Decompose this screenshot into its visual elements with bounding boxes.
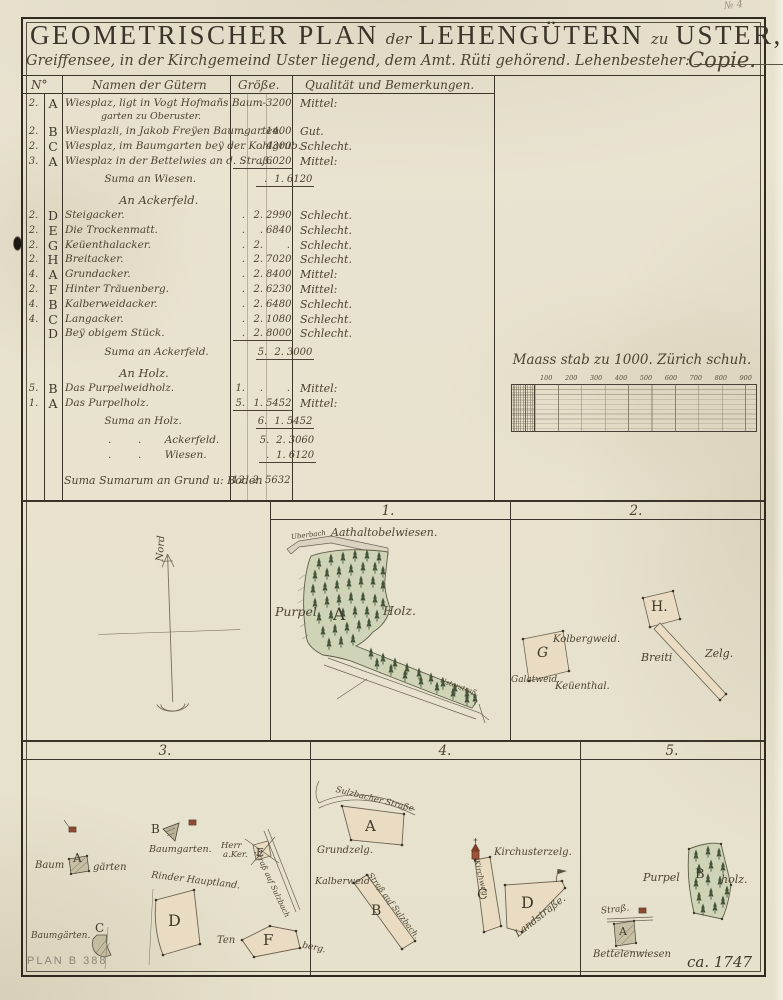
table-row: . . Wiesen. . 1. 6120 <box>23 449 493 464</box>
cell-name: Suma an Wiesen. <box>58 173 256 186</box>
plan-title: GEOMETRISCHER PLAN der LEHENGÜTERN zu US… <box>30 20 730 51</box>
panel3-parcel-letter-B: B <box>151 822 160 836</box>
cell-name-line1: . . Ackerfeld. <box>108 434 219 446</box>
cell-quality: Schlecht. <box>293 313 490 326</box>
cell-size-juchart: . <box>233 298 248 311</box>
subline-text: Greiffensee, in der Kirchgemeind Uster l… <box>26 53 690 69</box>
cell-size-schuh: 6120 <box>289 449 316 463</box>
cell-name: Wiesplaz, im Baumgarten beÿ der Kohlgrub… <box>62 140 233 153</box>
cell-quality: Schlecht. <box>293 298 490 311</box>
scale-bar-drawing: 100200300400500600700800900 <box>505 374 759 444</box>
panel4-parcel-letter-B: B <box>371 903 381 919</box>
panel3-aker-label: a.Ker. <box>223 850 248 860</box>
cell-size-vierling: . <box>248 224 266 237</box>
cell-name-line1: . . Wiesen. <box>108 449 207 461</box>
panel3-map: Baum A gärten B Baumgarten. Herr a.Ker. … <box>23 759 310 975</box>
cell-letter: D <box>44 327 62 340</box>
title-word-2: LEHENGÜTERN <box>418 20 643 51</box>
cell-quality: Mittel: <box>293 397 490 410</box>
cell-quality: Mittel: <box>293 155 490 168</box>
cell-name-line1: Steigacker. <box>65 209 125 221</box>
table-row: 2. G Keüenthalacker. . 2. . Schlecht. <box>23 239 493 254</box>
cell-number: 2. <box>23 97 44 110</box>
cell-size-vierling: 1. <box>248 397 266 411</box>
scale-tick-label: 200 <box>565 374 577 382</box>
cell-size-juchart: . <box>233 327 248 341</box>
cell-size-vierling: 2. <box>247 474 265 487</box>
cell-size-juchart: . <box>233 224 248 237</box>
panel1-map: Uberbach Aathaltobelwiesen. Purpel A Hol… <box>271 519 510 740</box>
cell-letter: A <box>44 155 62 168</box>
scale-bar-rule <box>511 384 757 432</box>
table-row: Suma an Ackerfeld. 5. 2. 3000 <box>23 346 493 361</box>
cell-name: Wiesplaz in der Bettelwies an d. Straß. <box>62 155 233 168</box>
panel3-baum-label: Baum <box>35 860 64 871</box>
scale-tick-label: 700 <box>690 374 702 382</box>
cell-letter: B <box>44 298 62 311</box>
copy-label: Copie. <box>688 48 756 72</box>
cell-name: An Holz. <box>57 367 266 380</box>
panel2-map: G Kolbergweid. Galatweid. Keüenthal. H. … <box>511 519 764 740</box>
cell-name: An Ackerfeld. <box>57 194 266 207</box>
title-word-3: USTER, <box>675 20 782 51</box>
table-row: 4. C Langacker. . 2. 1080 Schlecht. <box>23 313 493 328</box>
cell-quality: Schlecht. <box>293 327 490 340</box>
panel3-ten-label: Ten <box>217 935 235 946</box>
cell-letter: A <box>44 397 62 410</box>
cell-number: 1. <box>23 397 44 410</box>
cell-size-vierling: 2. <box>248 253 266 266</box>
cell-number: 2. <box>23 209 44 222</box>
cell-name-line1: An Holz. <box>119 366 169 380</box>
panel1-number: 1. <box>368 503 408 519</box>
cell-size-juchart: 5. <box>256 346 270 360</box>
cell-letter: G <box>44 239 62 252</box>
panel2-keuenthal-label: Keüenthal. <box>555 681 610 692</box>
scale-tick-label: 100 <box>540 374 552 382</box>
table-row: Suma an Wiesen. . 1. 6120 <box>23 173 493 188</box>
scale-bar: Maass stab zu 1000. Zürich schuh. 100200… <box>505 352 759 444</box>
compass-north-label: Nord <box>155 535 168 562</box>
panel4-grundzelg-label: Grundzelg. <box>317 845 373 856</box>
panel1-purpel-label: Purpel <box>275 604 317 619</box>
cell-name: Hinter Träuenberg. <box>62 283 233 296</box>
header-bottom-line <box>22 93 494 94</box>
panel2-breiti-label: Breiti <box>641 651 672 664</box>
table-row: 2. A Wiesplaz, ligt in Vogt Hofmañs Baum… <box>23 97 493 125</box>
header-no: N° <box>31 78 48 92</box>
cell-name: Langacker. <box>62 313 233 326</box>
cell-name: Wiesplazli, in Jakob Freÿen Baumgarten. <box>62 125 233 138</box>
cell-name: Breitacker. <box>62 253 233 266</box>
panel4-map: Sulzbacher Straße A Grundzelg. Kalberwei… <box>311 759 579 975</box>
cell-size-juchart: . <box>233 125 248 138</box>
cell-size-vierling: 1. <box>270 173 287 187</box>
title-word-1: GEOMETRISCHER PLAN <box>30 20 379 51</box>
cell-size-vierling: 2. <box>248 298 266 311</box>
table-row: 3. A Wiesplaz in der Bettelwies an d. St… <box>23 155 493 170</box>
cell-quality: Mittel: <box>293 97 490 110</box>
cell-name: Steigacker. <box>62 209 233 222</box>
panel2-kolbergweid-label: Kolbergweid. <box>553 634 620 645</box>
panel1-drawing <box>271 519 510 740</box>
cell-size-juchart: . <box>233 140 248 153</box>
cell-size-vierling: 2. <box>270 346 287 360</box>
cell-name-line1: An Ackerfeld. <box>119 193 198 207</box>
table-row: 2. F Hinter Träuenberg. . 2. 6230 Mittel… <box>23 283 493 298</box>
cell-size-juchart: . <box>259 449 273 463</box>
cell-size-vierling: . <box>248 125 266 138</box>
cell-name-line1: Kalberweidacker. <box>65 298 158 310</box>
cell-number: 3. <box>23 155 44 168</box>
panel5-drawing <box>581 759 765 975</box>
cell-quality: Schlecht. <box>293 140 490 153</box>
paper-edge <box>773 0 783 1000</box>
cell-size-juchart: . <box>233 313 248 326</box>
cell-size-schuh: 4300 <box>266 140 293 153</box>
table-row: 2. E Die Trockenmatt. . . 6840 Schlecht. <box>23 224 493 239</box>
cell-name-line1: Hinter Träuenberg. <box>65 283 169 295</box>
table-bottom-line <box>22 500 764 502</box>
cell-size-juchart: . <box>233 97 248 110</box>
cell-number: 4. <box>23 313 44 326</box>
cell-number: 2. <box>23 253 44 266</box>
cell-number: 2. <box>23 140 44 153</box>
title-subline: Greiffensee, in der Kirchgemeind Uster l… <box>26 53 783 69</box>
cell-name: . . Ackerfeld. <box>58 434 259 447</box>
scale-tick-label: 900 <box>740 374 752 382</box>
table-top-line <box>22 75 764 76</box>
cell-size-vierling: 2. <box>248 239 266 252</box>
cell-name-line1: Keüenthalacker. <box>65 239 151 251</box>
cell-number: 2. <box>23 224 44 237</box>
panel4-parcel-letter-D: D <box>521 893 534 912</box>
panel2-parcel-letter-H: H. <box>651 599 668 615</box>
parcel-table: 2. A Wiesplaz, ligt in Vogt Hofmañs Baum… <box>23 97 493 489</box>
cell-size-vierling: 2. <box>248 327 266 341</box>
cell-letter: E <box>44 224 62 237</box>
cell-quality: Schlecht. <box>293 209 490 222</box>
cell-name: Suma Sumarum an Grund u: Boden <box>62 474 232 487</box>
cell-size-schuh: 1080 <box>266 313 293 326</box>
cell-name-line1: Suma an Holz. <box>104 415 182 427</box>
cell-quality: Schlecht. <box>293 253 490 266</box>
cell-size-schuh: 8400 <box>266 268 293 281</box>
cell-name: Das Purpelweidholz. <box>62 382 233 395</box>
panel5-map: Purpel B holz. Straß. A Bettelenwiesen c… <box>581 759 765 975</box>
cell-name: Grundacker. <box>62 268 233 281</box>
table-row: . . Ackerfeld. 5. 2. 3060 <box>23 434 493 449</box>
cell-size-vierling: 2. <box>272 434 288 447</box>
cell-name-line1: Die Trockenmatt. <box>65 224 158 236</box>
archive-plan-number: PLAN B 388 <box>27 955 108 967</box>
table-row: An Holz. <box>23 367 493 382</box>
panel2-zelg-label: Zelg. <box>705 647 733 660</box>
cell-size-schuh: 5452 <box>266 397 293 411</box>
cell-size-schuh: . <box>266 382 293 395</box>
cell-size-schuh: 8000 <box>266 327 293 341</box>
panel5-number: 5. <box>652 743 692 759</box>
table-row: 2. D Steigacker. . 2. 2990 Schlecht. <box>23 209 493 224</box>
cell-size-vierling: . <box>248 155 266 169</box>
cell-letter: A <box>44 97 62 110</box>
cell-name-line1: Suma an Wiesen. <box>104 173 196 185</box>
panel4-parcel-letter-A: A <box>365 817 376 835</box>
header-size: Größe. <box>238 78 279 92</box>
cell-quality: Schlecht. <box>293 239 490 252</box>
panel2-parcel-letter-G: G <box>537 645 548 661</box>
cell-number: 4. <box>23 268 44 281</box>
cell-name: Kalberweidacker. <box>62 298 233 311</box>
panel4-kirchusterzelg-label: Kirchusterzelg. <box>494 847 572 858</box>
panel5-bettelenwiesen-label: Bettelenwiesen <box>593 949 671 960</box>
panel3-number: 3. <box>145 743 185 759</box>
cell-letter: B <box>44 125 62 138</box>
cell-size-vierling: . <box>248 382 266 395</box>
cell-name: Wiesplaz, ligt in Vogt Hofmañs Baum-gart… <box>62 97 233 123</box>
cell-size-schuh: 7020 <box>266 253 293 266</box>
scale-tick-label: 500 <box>640 374 652 382</box>
cell-letter: C <box>44 140 62 153</box>
scale-title: Maass stab zu 1000. Zürich schuh. <box>505 352 759 368</box>
cell-size-vierling: 2. <box>248 283 266 296</box>
cell-number: 5. <box>23 382 44 395</box>
scale-ticks: 100200300400500600700800900 <box>545 374 757 382</box>
panel2-number: 2. <box>616 503 656 519</box>
panel2-drawing <box>511 519 764 740</box>
cell-letter: A <box>44 268 62 281</box>
cell-size-juchart: 12. <box>232 474 247 487</box>
panel3-parcel-letter-D: D <box>168 911 181 930</box>
cell-size-juchart: 6. <box>256 415 270 429</box>
scale-tick-label: 400 <box>615 374 627 382</box>
panel1-meadow-label: Aathaltobelwiesen. <box>331 526 437 539</box>
scale-tick-label: 300 <box>590 374 602 382</box>
cell-size-schuh: 6020 <box>266 155 293 169</box>
title-connector-1: der <box>386 30 412 48</box>
cell-name: Das Purpelholz. <box>62 397 233 410</box>
cell-letter: B <box>44 382 62 395</box>
panel3-baumgaerten-label: Baumgärten. <box>31 931 90 941</box>
panel3-baumgarten-label: Baumgarten. <box>149 844 212 855</box>
cell-letter: F <box>44 283 62 296</box>
cell-size-schuh: 6480 <box>266 298 293 311</box>
panel5-holz-label: holz. <box>721 873 748 886</box>
panel3-parcel-letter-C: C <box>95 921 104 935</box>
cell-name-line1: Suma an Ackerfeld. <box>104 346 208 358</box>
panel4-kalberweid-label: Kalberweid <box>315 876 370 887</box>
panel1-parcel-letter-A: A <box>333 605 345 625</box>
cell-size-schuh: 3000 <box>287 346 314 360</box>
cell-name-line1: Beÿ obigem Stück. <box>65 327 165 339</box>
cell-quality: Schlecht. <box>293 224 490 237</box>
cell-size-vierling: 1. <box>272 449 288 463</box>
table-row: 1. A Das Purpelholz. 5. 1. 5452 Mittel: <box>23 397 493 412</box>
scale-tick-label: 800 <box>715 374 727 382</box>
cell-size-schuh: 3060 <box>289 434 316 447</box>
cell-name-line1: Breitacker. <box>65 253 123 265</box>
cell-size-juchart: . <box>233 239 248 252</box>
cell-quality: Mittel: <box>293 283 490 296</box>
cell-size-vierling: . <box>248 97 266 110</box>
cell-size-schuh: 6120 <box>287 173 314 187</box>
cell-size-schuh: 2990 <box>266 209 293 222</box>
table-row: 2. B Wiesplazli, in Jakob Freÿen Baumgar… <box>23 125 493 140</box>
cell-size-schuh: 6840 <box>266 224 293 237</box>
cell-name-line1: Grundacker. <box>65 268 131 280</box>
panel4-parcel-letter-C: C <box>477 887 488 903</box>
header-quality: Qualität und Bemerkungen. <box>305 78 474 92</box>
cell-name: Suma an Holz. <box>58 415 256 428</box>
cell-size-schuh: 6230 <box>266 283 293 296</box>
cell-number: 4. <box>23 298 44 311</box>
table-row: 4. A Grundacker. . 2. 8400 Mittel: <box>23 268 493 283</box>
cell-size-schuh: 5452 <box>287 415 314 429</box>
cell-letter: C <box>44 313 62 326</box>
compass-drawing <box>70 524 270 734</box>
panel5-parcel-letter-B: B <box>695 867 705 882</box>
panel3-parcel-letter-A: A <box>73 851 82 865</box>
cell-quality: Mittel: <box>293 268 490 281</box>
table-row: Suma an Holz. 6. 1. 5452 <box>23 415 493 430</box>
table-row: 2. C Wiesplaz, im Baumgarten beÿ der Koh… <box>23 140 493 155</box>
cell-size-juchart: . <box>233 155 248 169</box>
table-row: 4. B Kalberweidacker. . 2. 6480 Schlecht… <box>23 298 493 313</box>
cell-letter: D <box>44 209 62 222</box>
header-names: Namen der Gütern <box>92 78 207 92</box>
cell-size-juchart: . <box>233 268 248 281</box>
cell-size-juchart: 1. <box>233 382 248 395</box>
divider <box>494 75 495 500</box>
cell-size-vierling: 1. <box>270 415 287 429</box>
title-connector-2: zu <box>651 30 669 48</box>
cell-name: Beÿ obigem Stück. <box>62 327 233 340</box>
panel5-purpel-label: Purpel <box>643 871 680 884</box>
cell-size-juchart: . <box>256 173 270 187</box>
cell-size-schuh: . <box>266 239 293 252</box>
cell-number: 2. <box>23 283 44 296</box>
cell-quality: Mittel: <box>293 382 490 395</box>
band-divider <box>22 740 764 742</box>
cell-size-vierling: . <box>248 140 266 153</box>
cell-quality: Gut. <box>293 125 490 138</box>
cell-name-line1: Langacker. <box>65 313 124 325</box>
panel3-gaerten-label: gärten <box>93 862 127 873</box>
cell-name-line1: Das Purpelweidholz. <box>65 382 174 394</box>
panel4-number: 4. <box>425 743 465 759</box>
cell-size-schuh: 3200 <box>266 97 293 110</box>
cell-size-vierling: 2. <box>248 209 266 222</box>
panel2-galatweid-label: Galatweid. <box>511 675 560 685</box>
cell-letter: H <box>44 253 62 266</box>
cell-size-schuh: 5632 <box>265 474 292 487</box>
table-row: 5. B Das Purpelweidholz. 1. . . Mittel: <box>23 382 493 397</box>
cell-size-juchart: 5. <box>259 434 273 447</box>
scanned-plan-page: № 4 GEOMETRISCHER PLAN der LEHENGÜTERN z… <box>0 0 783 1000</box>
cell-size-juchart: . <box>233 253 248 266</box>
ink-spot <box>13 236 22 251</box>
cell-name: . . Wiesen. <box>58 449 259 462</box>
cell-size-schuh: 1400 <box>266 125 293 138</box>
table-row: D Beÿ obigem Stück. . 2. 8000 Schlecht. <box>23 327 493 342</box>
panel3-parcel-letter-F: F <box>263 931 273 949</box>
cell-name-line2: garten zu Oberuster. <box>65 110 233 123</box>
cell-size-vierling: 2. <box>248 268 266 281</box>
cell-size-juchart: . <box>233 283 248 296</box>
panel5-parcel-letter-A: A <box>619 925 627 938</box>
cell-name: Suma an Ackerfeld. <box>58 346 256 359</box>
cell-size-vierling: 2. <box>248 313 266 326</box>
scale-tick-label: 600 <box>665 374 677 382</box>
cell-number: 2. <box>23 125 44 138</box>
table-row: Suma Sumarum an Grund u: Boden 12. 2. 56… <box>23 474 493 489</box>
table-row: 2. H Breitacker. . 2. 7020 Schlecht. <box>23 253 493 268</box>
cell-name: Die Trockenmatt. <box>62 224 233 237</box>
cell-name-line1: Das Purpelholz. <box>65 397 149 409</box>
date-annotation: ca. 1747 <box>687 953 752 971</box>
cell-size-juchart: 5. <box>233 397 248 411</box>
corner-note: № 4 <box>723 0 743 12</box>
table-row: An Ackerfeld. <box>23 194 493 209</box>
cell-name: Keüenthalacker. <box>62 239 233 252</box>
cell-number: 2. <box>23 239 44 252</box>
cell-size-juchart: . <box>233 209 248 222</box>
panel1-holz-label: Holz. <box>383 603 416 618</box>
